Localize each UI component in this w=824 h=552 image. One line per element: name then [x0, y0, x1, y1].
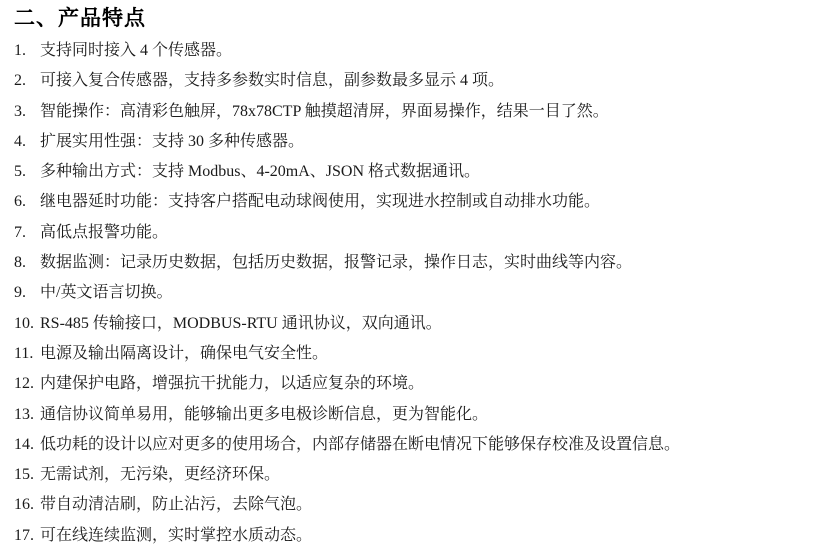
feature-item-16: 16. 带自动清洁刷，防止沾污，去除气泡。	[14, 490, 804, 520]
feature-text: RS-485 传输接口，MODBUS-RTU 通讯协议，双向通讯。	[40, 309, 442, 339]
feature-number: 7.	[14, 218, 40, 248]
feature-item-15: 15. 无需试剂，无污染，更经济环保。	[14, 460, 804, 490]
feature-text: 继电器延时功能：支持客户搭配电动球阀使用，实现进水控制或自动排水功能。	[40, 187, 600, 217]
feature-item-3: 3. 智能操作：高清彩色触屏，78x78CTP 触摸超清屏，界面易操作，结果一目…	[14, 97, 804, 127]
feature-item-11: 11. 电源及输出隔离设计，确保电气安全性。	[14, 339, 804, 369]
feature-text: 可接入复合传感器，支持多参数实时信息，副参数最多显示 4 项。	[40, 66, 504, 96]
feature-item-6: 6. 继电器延时功能：支持客户搭配电动球阀使用，实现进水控制或自动排水功能。	[14, 187, 804, 217]
feature-text: 扩展实用性强：支持 30 多种传感器。	[40, 127, 304, 157]
feature-number: 11.	[14, 339, 40, 369]
feature-item-13: 13. 通信协议简单易用，能够输出更多电极诊断信息，更为智能化。	[14, 400, 804, 430]
feature-text: 高低点报警功能。	[40, 218, 168, 248]
feature-item-8: 8. 数据监测：记录历史数据，包括历史数据，报警记录，操作日志，实时曲线等内容。	[14, 248, 804, 278]
feature-number: 2.	[14, 66, 40, 96]
feature-text: 内建保护电路，增强抗干扰能力，以适应复杂的环境。	[40, 369, 424, 399]
feature-number: 8.	[14, 248, 40, 278]
feature-number: 5.	[14, 157, 40, 187]
feature-number: 17.	[14, 521, 40, 551]
feature-item-12: 12. 内建保护电路，增强抗干扰能力，以适应复杂的环境。	[14, 369, 804, 399]
feature-item-10: 10. RS-485 传输接口，MODBUS-RTU 通讯协议，双向通讯。	[14, 309, 804, 339]
feature-item-2: 2. 可接入复合传感器，支持多参数实时信息，副参数最多显示 4 项。	[14, 66, 804, 96]
document-page: 二、产品特点 1. 支持同时接入 4 个传感器。 2. 可接入复合传感器，支持多…	[0, 0, 824, 552]
feature-item-5: 5. 多种输出方式：支持 Modbus、4-20mA、JSON 格式数据通讯。	[14, 157, 804, 187]
feature-number: 13.	[14, 400, 40, 430]
feature-number: 6.	[14, 187, 40, 217]
feature-item-1: 1. 支持同时接入 4 个传感器。	[14, 36, 804, 66]
feature-number: 12.	[14, 369, 40, 399]
feature-text: 数据监测：记录历史数据，包括历史数据，报警记录，操作日志，实时曲线等内容。	[40, 248, 632, 278]
feature-number: 3.	[14, 97, 40, 127]
feature-number: 16.	[14, 490, 40, 520]
feature-item-7: 7. 高低点报警功能。	[14, 218, 804, 248]
feature-text: 可在线连续监测，实时掌控水质动态。	[40, 521, 312, 551]
feature-item-4: 4. 扩展实用性强：支持 30 多种传感器。	[14, 127, 804, 157]
feature-number: 1.	[14, 36, 40, 66]
feature-text: 无需试剂，无污染，更经济环保。	[40, 460, 280, 490]
feature-text: 多种输出方式：支持 Modbus、4-20mA、JSON 格式数据通讯。	[40, 157, 480, 187]
feature-item-14: 14. 低功耗的设计以应对更多的使用场合，内部存储器在断电情况下能够保存校准及设…	[14, 430, 804, 460]
feature-number: 14.	[14, 430, 40, 460]
feature-text: 中/英文语言切换。	[40, 278, 172, 308]
feature-item-9: 9. 中/英文语言切换。	[14, 278, 804, 308]
feature-text: 低功耗的设计以应对更多的使用场合，内部存储器在断电情况下能够保存校准及设置信息。	[40, 430, 680, 460]
feature-list: 1. 支持同时接入 4 个传感器。 2. 可接入复合传感器，支持多参数实时信息，…	[14, 36, 804, 551]
feature-text: 通信协议简单易用，能够输出更多电极诊断信息，更为智能化。	[40, 400, 488, 430]
section-heading: 二、产品特点	[14, 6, 804, 32]
feature-item-17: 17. 可在线连续监测，实时掌控水质动态。	[14, 521, 804, 551]
feature-number: 10.	[14, 309, 40, 339]
feature-number: 9.	[14, 278, 40, 308]
feature-number: 15.	[14, 460, 40, 490]
feature-number: 4.	[14, 127, 40, 157]
feature-text: 带自动清洁刷，防止沾污，去除气泡。	[40, 490, 312, 520]
feature-text: 支持同时接入 4 个传感器。	[40, 36, 232, 66]
feature-text: 电源及输出隔离设计，确保电气安全性。	[40, 339, 328, 369]
feature-text: 智能操作：高清彩色触屏，78x78CTP 触摸超清屏，界面易操作，结果一目了然。	[40, 97, 609, 127]
